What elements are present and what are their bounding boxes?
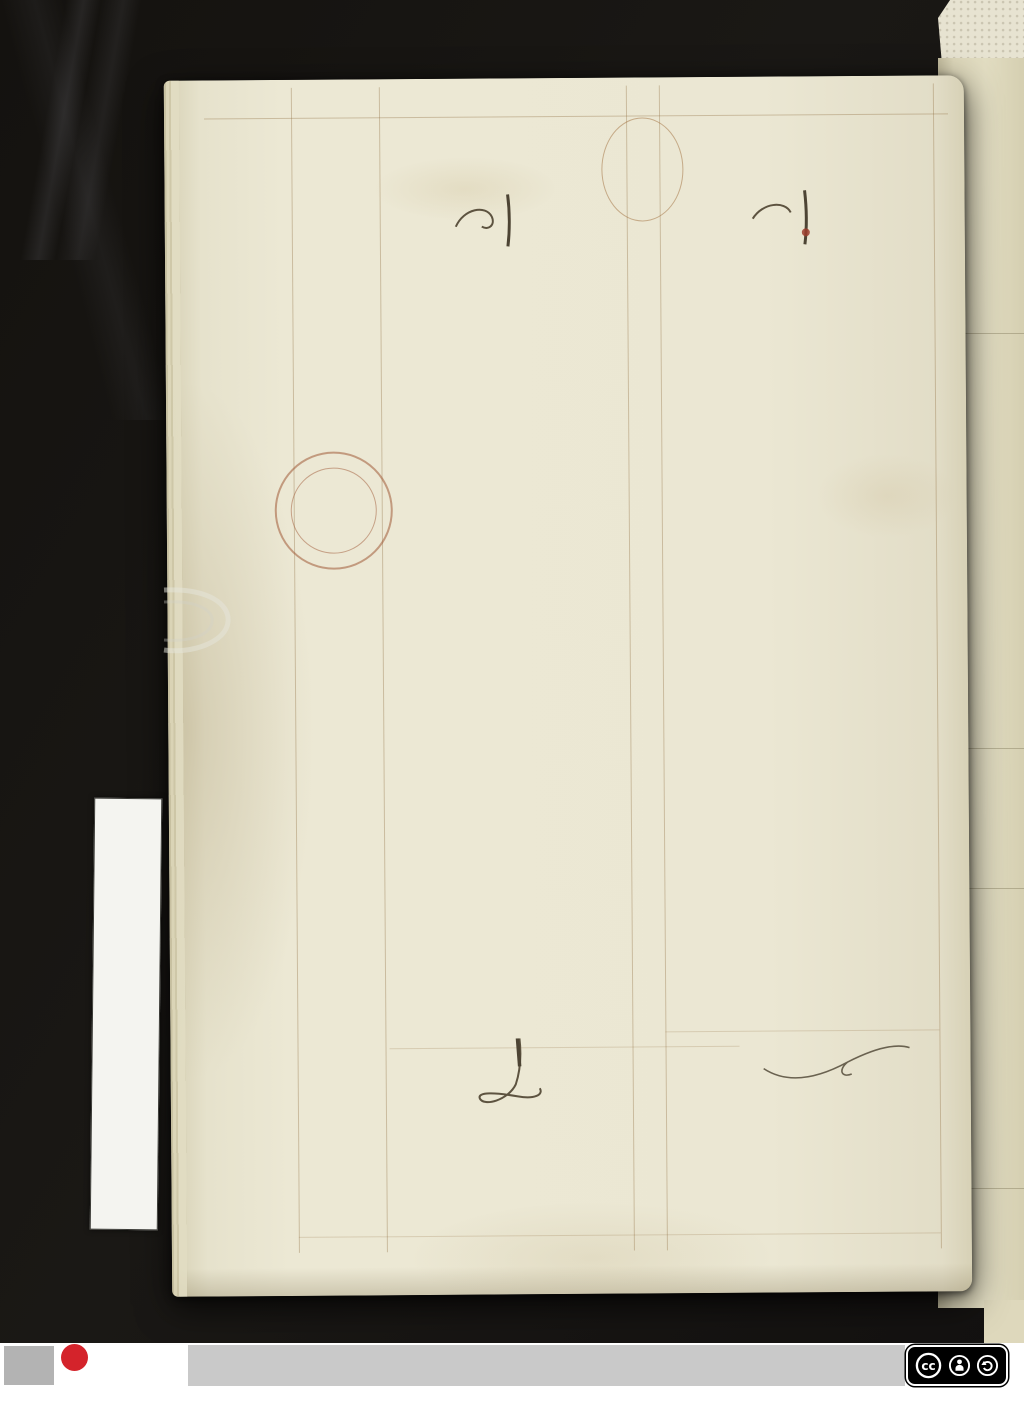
folio-number-circle	[601, 117, 684, 222]
cc-icon: cc	[914, 1351, 943, 1380]
ruling-line	[204, 113, 948, 119]
ruling-line	[379, 87, 388, 1252]
backdrop-cloth-fold	[0, 0, 175, 260]
library-name	[123, 1037, 125, 1229]
cc-sa-icon	[976, 1354, 999, 1378]
ruling-line	[665, 1029, 939, 1032]
ruling-line	[299, 1232, 941, 1237]
ruling-line	[933, 83, 942, 1248]
suub-bars-logo	[4, 1346, 54, 1385]
page-stack-corner	[984, 1300, 1024, 1343]
library-label	[123, 1037, 125, 1229]
pen-flourish-top-left	[450, 186, 550, 251]
suub-b-logo	[61, 1344, 88, 1371]
ruling-line	[659, 85, 668, 1250]
copyright-band	[188, 1345, 905, 1386]
manuscript-page	[164, 75, 972, 1297]
grayscale-ruler-strip	[90, 798, 163, 1231]
ruling-line	[626, 86, 635, 1251]
chapter-number-circle	[274, 451, 393, 570]
ruling-line	[291, 88, 300, 1253]
grayscale-target	[125, 801, 129, 865]
digitized-manuscript-photo: cc	[0, 0, 1024, 1409]
library-city	[123, 1037, 125, 1229]
svg-text:cc: cc	[921, 1359, 935, 1373]
pen-flourish-bottom-left	[467, 1038, 588, 1131]
pen-flourish-bottom-right	[757, 1034, 917, 1095]
cc-license-badge: cc	[906, 1345, 1008, 1386]
backdrop-cloth-fold	[0, 0, 170, 420]
pen-flourish-top-right	[745, 184, 835, 249]
stacked-page-edges	[164, 81, 187, 1297]
cc-by-icon	[948, 1354, 971, 1378]
cm-ruler	[93, 865, 159, 1038]
footer-bar: cc	[0, 1343, 1024, 1409]
chapter-number-inner-circle	[290, 467, 377, 554]
page-holder-clip	[152, 580, 244, 664]
